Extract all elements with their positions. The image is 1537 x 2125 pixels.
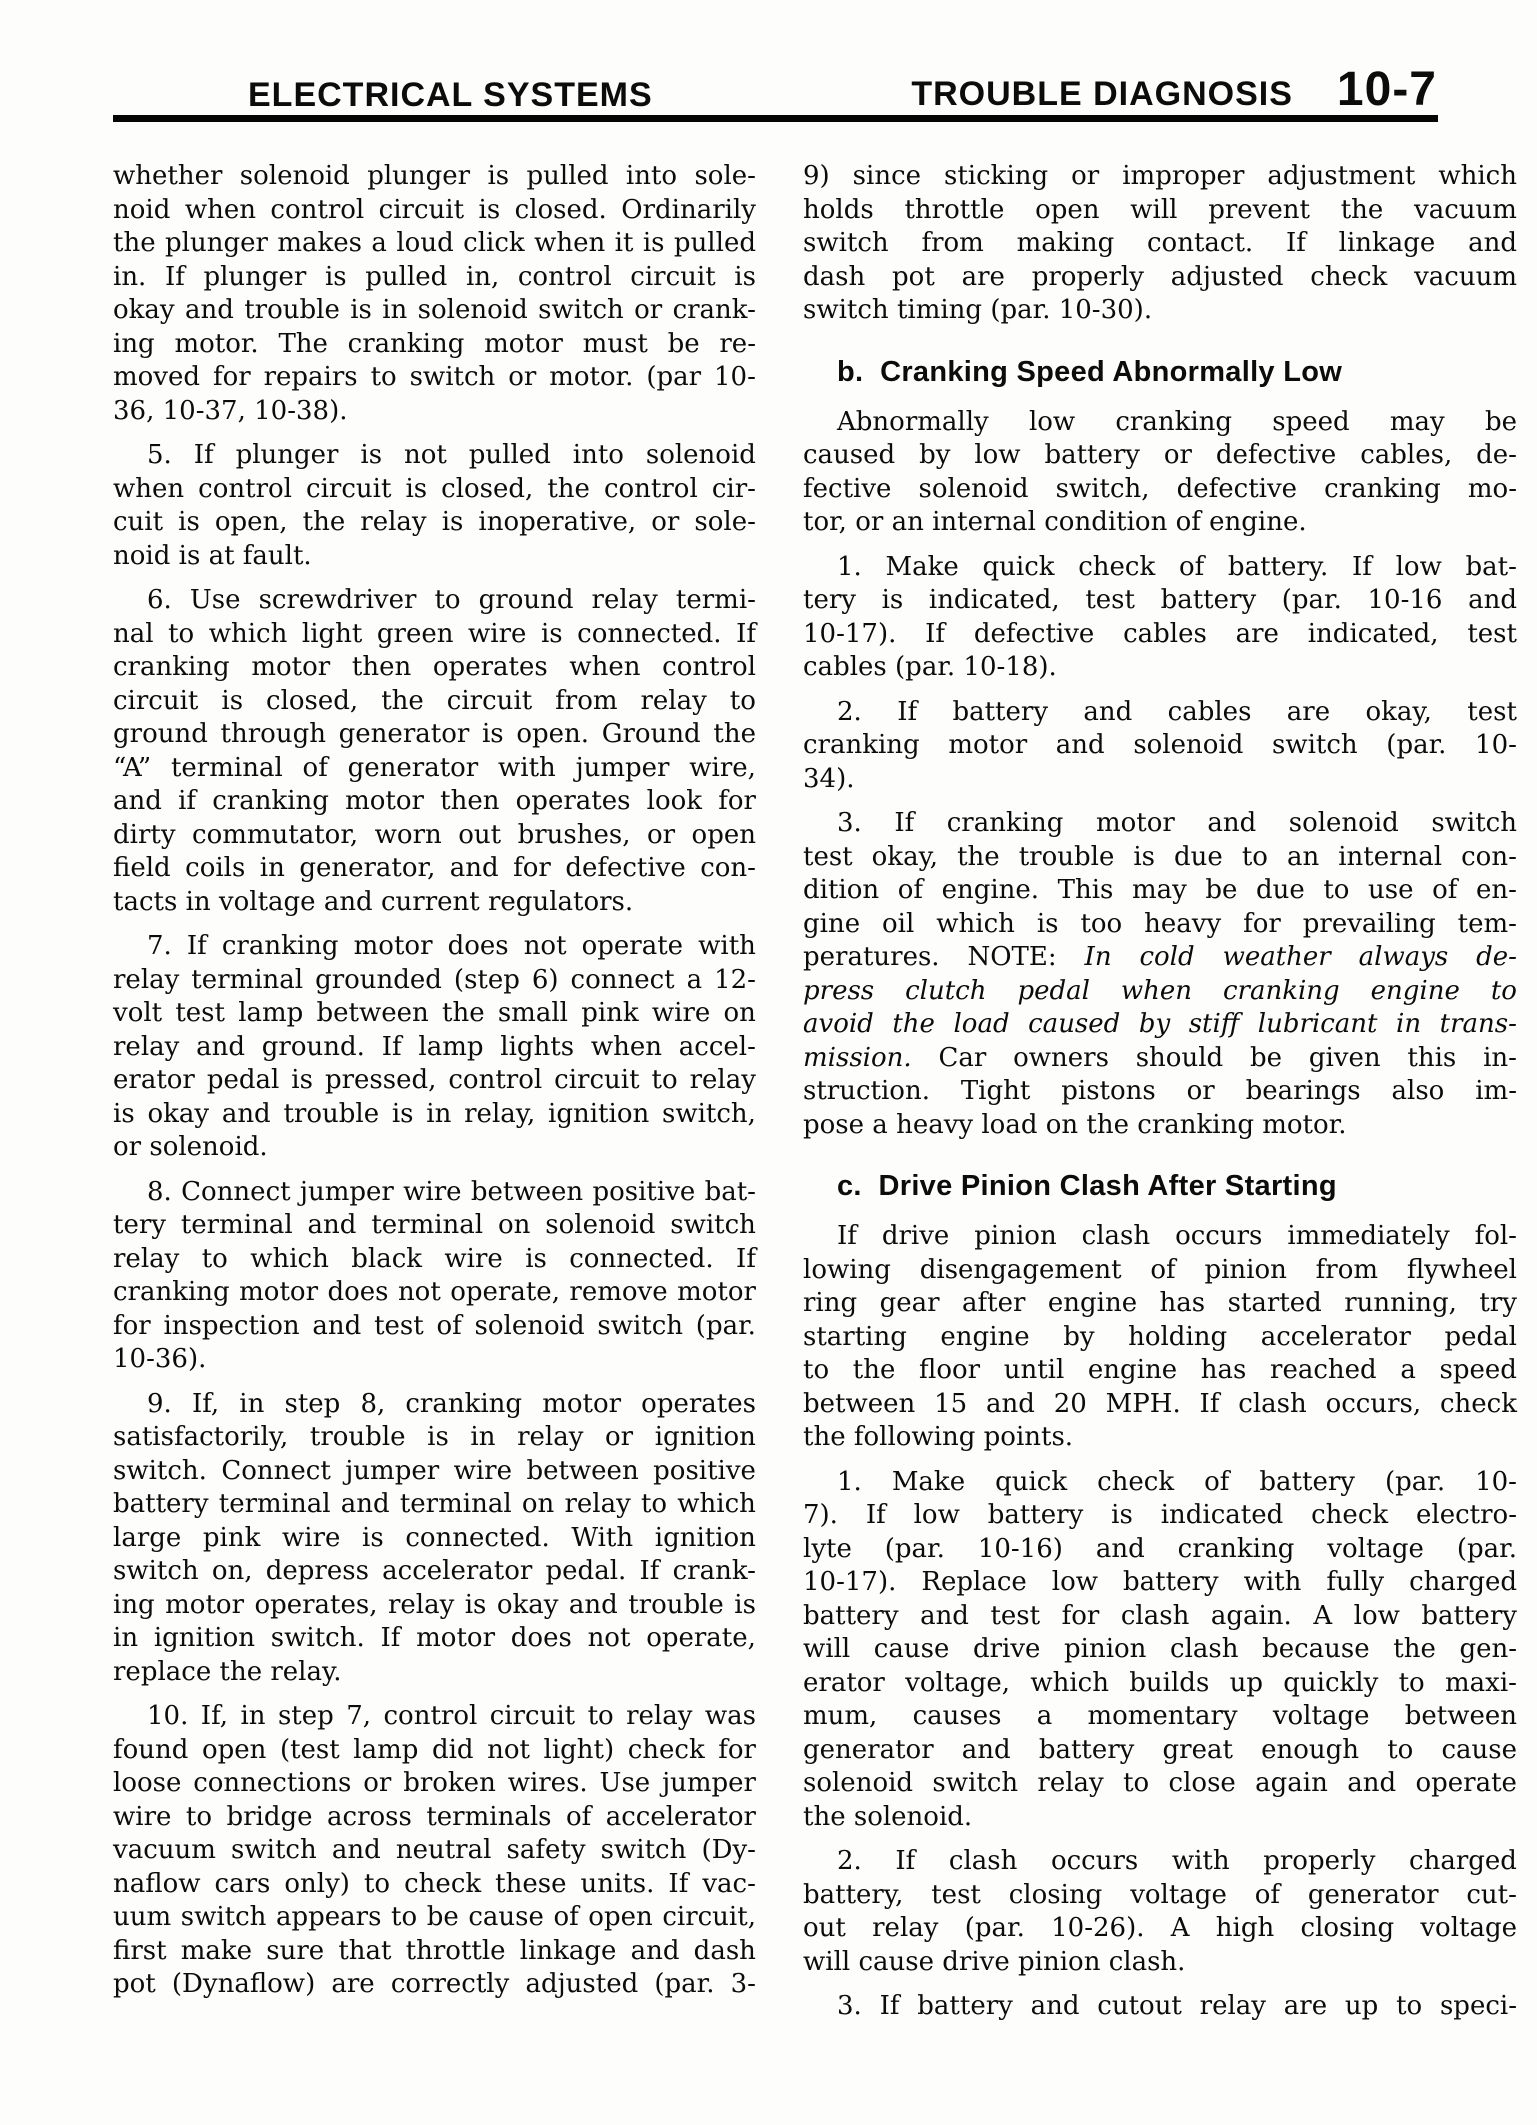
word: If	[668, 1868, 688, 1902]
word: solenoid	[1133, 729, 1243, 763]
word: engine.	[1209, 507, 1307, 537]
word: noid	[113, 194, 170, 228]
word: in.	[113, 261, 146, 295]
text-line: tor, or an internal condition of engine.	[803, 506, 1517, 540]
word: is	[113, 1098, 135, 1132]
word: to	[168, 618, 194, 652]
word: If	[925, 618, 945, 652]
word: voltage	[1273, 1700, 1370, 1734]
word: try	[1479, 1287, 1517, 1321]
word: defective	[1177, 473, 1297, 507]
word: Abnormally	[837, 406, 989, 440]
word: switch	[231, 1834, 317, 1868]
word: This	[1058, 874, 1114, 908]
word: and	[324, 887, 373, 917]
word: is	[479, 194, 501, 228]
word: commutator,	[192, 819, 358, 853]
word: cars	[215, 1868, 271, 1902]
text-line: crankingmotorthenoperateswhencontrol	[113, 651, 756, 685]
word: accel-	[679, 1031, 756, 1065]
word: repairs	[264, 361, 358, 395]
word: and	[920, 1600, 969, 1634]
word: open	[1035, 194, 1099, 228]
word: from	[921, 227, 983, 261]
word: did	[432, 1734, 474, 1768]
word: fol-	[1475, 1220, 1517, 1254]
text-line: outrelay(par.10-26).Ahighclosingvoltage	[803, 1912, 1517, 1946]
word: The	[278, 328, 327, 362]
running-head-right: TROUBLE DIAGNOSIS 10-7	[911, 62, 1437, 117]
word: which	[1030, 1667, 1109, 1701]
word: found	[113, 1734, 188, 1768]
word: cranking	[212, 785, 329, 819]
text-line: 3.Ifcrankingmotorandsolenoidswitch	[803, 807, 1517, 841]
word: open	[202, 1734, 266, 1768]
word: in	[113, 1622, 138, 1656]
word: green	[377, 618, 454, 652]
word: from	[1316, 1254, 1378, 1288]
text-line: 10.If,instep7,controlcircuittorelaywas	[113, 1700, 756, 1734]
word: motor	[354, 930, 433, 964]
word: due	[1256, 874, 1305, 908]
word: indicated	[1161, 1499, 1284, 1533]
word: 3.	[837, 807, 862, 841]
text-line: 8.Connectjumperwirebetweenpositivebat-	[113, 1176, 756, 1210]
word: terminal	[171, 752, 283, 786]
word: across	[327, 1801, 412, 1835]
text-line: whethersolenoidplungerispulledintosole-	[113, 160, 756, 194]
word: (par	[646, 361, 701, 395]
word: tery	[113, 1209, 166, 1243]
text-line: switchon,depressacceleratorpedal.Ifcrank…	[113, 1555, 756, 1589]
word: for	[718, 1734, 756, 1768]
word: lights	[500, 1031, 574, 1065]
word: low	[1396, 551, 1442, 585]
word: quick	[982, 551, 1054, 585]
word: circuit	[554, 1064, 639, 1098]
word: inoperative,	[478, 506, 636, 540]
word: use	[1368, 874, 1413, 908]
word: drive	[973, 1633, 1040, 1667]
word: in-	[1483, 1042, 1517, 1076]
word: 10-	[1475, 1466, 1517, 1500]
word: bat-	[705, 1176, 756, 1210]
word: motor	[948, 729, 1027, 763]
word: terminal	[400, 1488, 512, 1522]
word: are	[1284, 1990, 1327, 2024]
text-line: “A”terminalofgeneratorwithjumperwire,	[113, 752, 756, 786]
word: of	[1179, 551, 1204, 585]
word: (Dy-	[701, 1834, 755, 1868]
word: to	[364, 1868, 390, 1902]
word: brushes,	[518, 819, 631, 853]
word: test	[990, 1600, 1040, 1634]
word: erator	[803, 1667, 885, 1701]
word: Tight	[961, 1075, 1031, 1109]
word: started	[1228, 1287, 1322, 1321]
word: dition	[803, 874, 879, 908]
word: and	[1056, 729, 1105, 763]
text-line: pose a heavy load on the cranking motor.	[803, 1109, 1517, 1143]
word: check	[628, 1734, 705, 1768]
word: switch	[601, 1834, 687, 1868]
word: when	[113, 473, 184, 507]
word: with	[698, 930, 756, 964]
word: trans-	[1440, 1008, 1517, 1042]
word: is	[734, 1589, 756, 1623]
word: positive	[592, 1176, 695, 1210]
word: cut-	[1466, 1879, 1517, 1913]
word: to	[186, 1801, 212, 1835]
word: heavy	[1144, 908, 1221, 942]
word: con-	[1461, 841, 1517, 875]
paragraph: Abnormallylowcrankingspeedmaybecausedbyl…	[803, 406, 1517, 540]
word: cause	[468, 1901, 544, 1935]
word: or	[1187, 1075, 1215, 1109]
word: low	[1052, 1566, 1098, 1600]
word: always	[1359, 941, 1449, 975]
text-line: tacts in voltage and current regulators.	[113, 886, 756, 920]
word: connect	[571, 964, 675, 998]
word: will	[1130, 194, 1177, 228]
text-line: testokay,thetroubleisduetoaninternalcon-	[803, 841, 1517, 875]
word: If	[866, 1499, 886, 1533]
word: click	[463, 227, 525, 261]
word: adjustment	[1267, 160, 1415, 194]
word: plunger	[203, 261, 306, 295]
text-line: generatorandbatterygreatenoughtocause	[803, 1734, 1517, 1768]
word: fective	[803, 473, 891, 507]
word: lyte	[803, 1533, 852, 1567]
word: holds	[803, 194, 874, 228]
word: gen-	[1459, 1633, 1517, 1667]
word: fully	[1326, 1566, 1384, 1600]
word: engine	[1088, 1354, 1177, 1388]
word: closing	[1301, 1912, 1395, 1946]
word: pulled	[365, 261, 447, 295]
word: loose	[113, 1767, 181, 1801]
word: con-	[700, 852, 756, 886]
word: relay	[517, 1421, 583, 1455]
word: must	[583, 328, 648, 362]
paragraph: 7.Ifcrankingmotordoesnotoperatewithrelay…	[113, 930, 756, 1165]
word: charged	[1409, 1845, 1517, 1879]
word: re-	[719, 328, 756, 362]
word: (par.	[1282, 584, 1342, 618]
word: for	[718, 785, 756, 819]
word: clash	[1082, 1220, 1150, 1254]
word: does	[327, 1276, 388, 1310]
word: the	[303, 506, 346, 540]
word: of	[303, 752, 328, 786]
text-line: teryterminalandterminalonsolenoidswitch	[113, 1209, 756, 1243]
word: switch,	[1056, 473, 1150, 507]
text-line: causedbylowbatteryordefectivecables,de-	[803, 439, 1517, 473]
word: is	[643, 227, 665, 261]
word: voltage	[1420, 1912, 1517, 1946]
word: voltage	[219, 887, 316, 917]
text-line: forinspectionandtestofsolenoidswitch(par…	[113, 1310, 756, 1344]
word: If	[895, 1845, 915, 1879]
word: between	[526, 1455, 638, 1489]
word: accelerator	[1261, 1321, 1411, 1355]
word: great	[1163, 1734, 1233, 1768]
word: pulled	[527, 160, 609, 194]
text-line: 9.If,instep8,crankingmotoroperates	[113, 1388, 756, 1422]
word: to	[1323, 874, 1349, 908]
word: by	[1063, 1321, 1094, 1355]
text-line: movedforrepairstoswitchormotor.(par10-	[113, 361, 756, 395]
word: switch	[597, 1310, 683, 1344]
word: was	[705, 1700, 756, 1734]
word: okay,	[872, 841, 938, 875]
word: floor	[919, 1354, 980, 1388]
text-line: crankingmotordoesnotoperate,removemotor	[113, 1276, 756, 1310]
word: 10-30).	[1059, 295, 1152, 325]
word: starting	[803, 1321, 907, 1355]
word: is	[360, 439, 382, 473]
text-line: andifcrankingmotorthenoperateslookfor	[113, 785, 756, 819]
word: wire	[282, 1522, 340, 1556]
word: 7,	[346, 1700, 371, 1734]
word: which	[250, 1243, 329, 1277]
word: voltage,	[905, 1667, 1010, 1701]
word: wire	[468, 618, 526, 652]
word: Use	[600, 1767, 651, 1801]
text-line: satisfactorily,troubleisinrelayorignitio…	[113, 1421, 756, 1455]
word: to	[730, 685, 756, 719]
text-line: 2.Ifclashoccurswithproperlycharged	[803, 1845, 1517, 1879]
word: too	[1080, 908, 1122, 942]
word: of	[436, 1310, 461, 1344]
word: switch.	[271, 1622, 365, 1656]
text-line: battery,testclosingvoltageofgeneratorcut…	[803, 1879, 1517, 1913]
word: dash	[803, 261, 865, 295]
word: check	[1078, 551, 1155, 585]
word: to	[202, 1243, 228, 1277]
paragraph: Ifdrivepinionclashoccursimmediatelyfol-l…	[803, 1220, 1517, 1455]
word: battery	[1039, 1734, 1135, 1768]
word: If	[1200, 1388, 1220, 1422]
running-head-section-title: ELECTRICAL SYSTEMS	[248, 76, 653, 115]
word: and	[986, 1388, 1035, 1422]
word: pedal.	[546, 1555, 627, 1589]
word: satisfactorily,	[113, 1421, 288, 1455]
word: bat-	[1466, 551, 1517, 585]
word: heavy	[896, 1110, 973, 1140]
word: generator	[348, 752, 479, 786]
word: the	[713, 718, 756, 752]
word: 10-16)	[978, 1533, 1063, 1567]
word: control	[604, 473, 698, 507]
word: large	[113, 1522, 181, 1556]
paragraph: 3.Ifcrankingmotorandsolenoidswitchtestok…	[803, 807, 1517, 1142]
word: 1.	[837, 551, 862, 585]
word: which	[677, 1488, 756, 1522]
word: clash	[949, 1845, 1017, 1879]
word: oil	[882, 908, 914, 942]
word: solenoid	[646, 439, 756, 473]
word: worn	[375, 819, 442, 853]
word: bridge	[226, 1801, 312, 1835]
word: solenoid	[545, 1209, 655, 1243]
word: motor	[345, 785, 424, 819]
word: are	[962, 261, 1005, 295]
word: connections	[193, 1767, 351, 1801]
word: switch	[803, 295, 889, 325]
word: clash	[1121, 1600, 1189, 1634]
text-line: largepinkwireisconnected.Withignition	[113, 1522, 756, 1556]
word: check	[1097, 1466, 1174, 1500]
word: at	[209, 541, 235, 571]
text-line: 7).Iflowbatteryisindicatedcheckelectro-	[803, 1499, 1517, 1533]
word: or	[651, 506, 679, 540]
text-line: between15and20MPH.Ifclashoccurs,check	[803, 1388, 1517, 1422]
word: 9)	[803, 160, 830, 194]
word: voltage	[1130, 1879, 1227, 1913]
word: coils	[185, 852, 245, 886]
word: for	[1243, 908, 1281, 942]
word: control	[518, 261, 612, 295]
word: and	[332, 1834, 381, 1868]
word: quickly	[1283, 1667, 1378, 1701]
word: accelerator	[382, 1555, 532, 1589]
running-head-chapter-title: TROUBLE DIAGNOSIS	[911, 75, 1293, 114]
word: Connect	[181, 1176, 290, 1210]
word: clash	[1170, 1633, 1238, 1667]
word: control	[662, 651, 756, 685]
word: tery	[803, 584, 856, 618]
text-line: volttestlampbetweenthesmallpinkwireon	[113, 997, 756, 1031]
word: until	[1004, 1354, 1065, 1388]
word: 10-18).	[963, 652, 1056, 682]
word: motor	[416, 1622, 495, 1656]
word: motor	[1096, 807, 1175, 841]
text-line: mission.Carownersshouldbegiventhisin-	[803, 1042, 1517, 1076]
word: (par.	[885, 1533, 945, 1567]
word: low	[1029, 406, 1075, 440]
word: (step	[454, 964, 520, 998]
paragraph: 6.Usescrewdrivertogroundrelaytermi-nalto…	[113, 584, 756, 919]
word: to	[434, 584, 460, 618]
word: wire	[113, 1801, 171, 1835]
word: erator	[113, 1064, 195, 1098]
word: cause	[858, 1947, 934, 1977]
word: pulled	[674, 227, 756, 261]
word: de-	[1476, 439, 1517, 473]
word: in	[1396, 1008, 1421, 1042]
word: load	[981, 1110, 1037, 1140]
word: motor.	[549, 361, 633, 395]
section-heading: c. Drive Pinion Clash After Starting	[837, 1168, 1517, 1204]
word: defective	[1216, 439, 1336, 473]
word: cranking	[405, 1388, 522, 1422]
right-text-column: 9)sincestickingorimproperadjustmentwhich…	[803, 160, 1517, 2035]
word: open,	[215, 506, 288, 540]
word: relay	[1037, 1767, 1103, 1801]
word: from	[555, 685, 617, 719]
word: okay,	[1366, 696, 1432, 730]
word: operates	[433, 651, 548, 685]
word: circuit	[447, 685, 532, 719]
word: volt	[113, 997, 162, 1031]
word: immediately	[1287, 1220, 1449, 1254]
word: making	[1017, 227, 1115, 261]
word: since	[853, 160, 921, 194]
word: and	[1347, 1767, 1396, 1801]
word: the	[803, 1802, 846, 1832]
word: is	[405, 473, 427, 507]
word: between	[803, 1388, 915, 1422]
word: naflow	[113, 1868, 201, 1902]
word: or	[508, 361, 536, 395]
word: of	[1176, 507, 1201, 537]
word: that	[338, 1935, 391, 1969]
word: operate,	[450, 1276, 560, 1310]
word: the	[442, 997, 485, 1031]
word: is	[291, 1064, 313, 1098]
text-line: totheflooruntilenginehasreachedaspeed	[803, 1354, 1517, 1388]
text-line: relayterminalgrounded(step6)connecta12-	[113, 964, 756, 998]
word: solenoid.	[854, 1802, 972, 1832]
word: 3.	[837, 1990, 862, 2024]
paragraph: 5.Ifplungerisnotpulledintosolenoidwhenco…	[113, 439, 756, 573]
word: (par.	[1385, 1466, 1445, 1500]
word: nal	[113, 618, 154, 652]
word: 10-26).	[1051, 1912, 1144, 1946]
text-line: 1.Makequickcheckofbattery.Iflowbat-	[803, 551, 1517, 585]
word: “A”	[113, 752, 151, 786]
word: the	[220, 1657, 263, 1687]
word: timing	[897, 295, 982, 325]
word: motor	[165, 1589, 244, 1623]
word: is	[465, 1589, 487, 1623]
text-line: avoidtheloadcausedbystifflubricantintran…	[803, 1008, 1517, 1042]
word: battery	[952, 696, 1048, 730]
paragraph: 1.Makequickcheckofbattery.Iflowbat-teryi…	[803, 551, 1517, 685]
word: enough	[1261, 1734, 1359, 1768]
word: battery.	[1228, 551, 1328, 585]
word: remove	[569, 1276, 667, 1310]
text-line: switch timing (par. 10-30).	[803, 294, 1517, 328]
word: relay	[113, 1031, 179, 1065]
text-line: inignitionswitch.Ifmotordoesnotoperate,	[113, 1622, 756, 1656]
word: test	[374, 1310, 424, 1344]
text-line: ingmotoroperates,relayisokayandtroubleis	[113, 1589, 756, 1623]
word: circuit	[113, 685, 198, 719]
word: ring	[803, 1287, 857, 1321]
word: on,	[212, 1555, 253, 1589]
word: a	[1400, 1354, 1416, 1388]
text-line: noidwhencontrolcircuitisclosed.Ordinaril…	[113, 194, 756, 228]
word: (par.	[965, 1912, 1025, 1946]
word: quick	[995, 1466, 1067, 1500]
word: 12-	[714, 964, 756, 998]
word: charged	[1409, 1566, 1517, 1600]
word: circuit	[490, 1700, 575, 1734]
word: If	[187, 930, 207, 964]
word: relay	[1200, 1990, 1266, 2024]
word: cranking	[113, 651, 230, 685]
word: and	[962, 1734, 1011, 1768]
text-line: 5.Ifplungerisnotpulledintosolenoid	[113, 439, 756, 473]
word: cranking	[1178, 1533, 1295, 1567]
word: 5.	[147, 439, 172, 473]
word: (par.	[990, 295, 1050, 325]
word: between	[471, 1176, 583, 1210]
word: and	[450, 852, 499, 886]
word: and	[1096, 1533, 1145, 1567]
